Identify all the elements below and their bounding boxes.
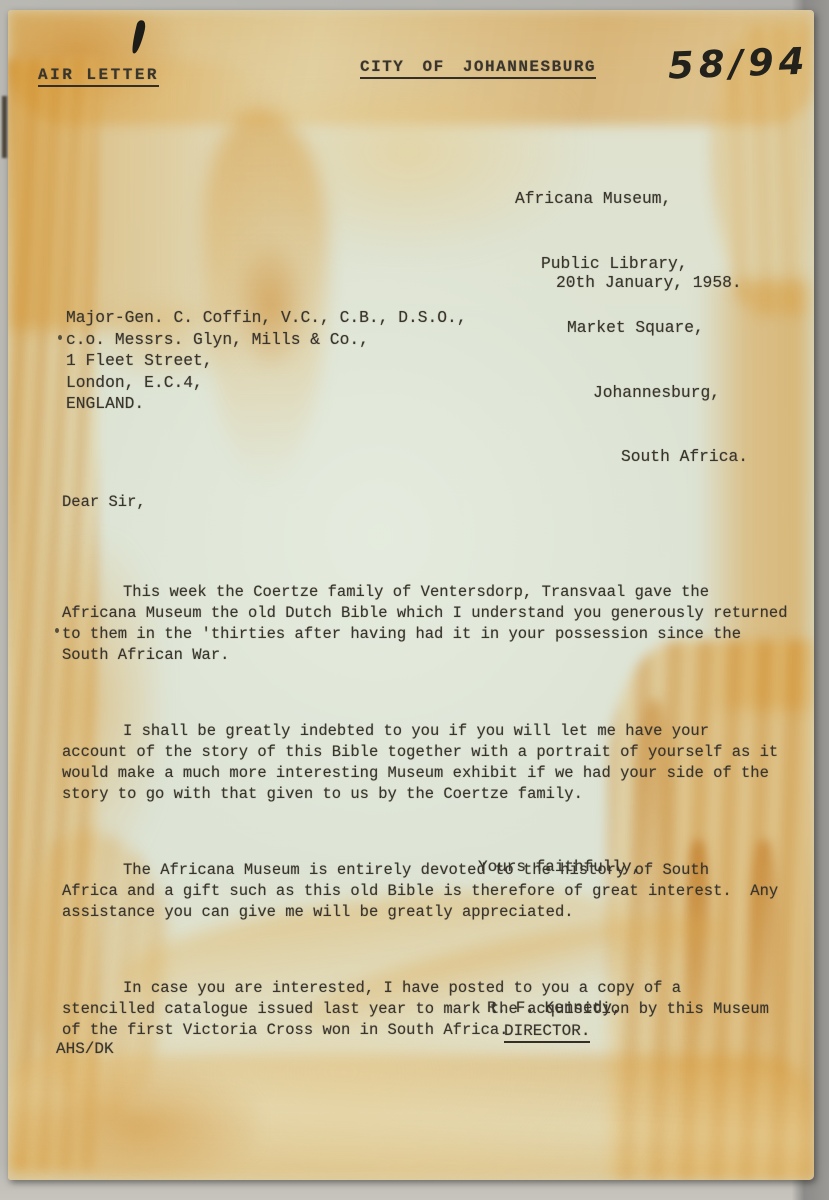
letter-date: 20th January, 1958. <box>556 272 742 294</box>
letter-body: Dear Sir, This week the Coertze family o… <box>62 450 792 1096</box>
signature-title-text: DIRECTOR. <box>504 1022 590 1043</box>
letterhead-text: CITY OF JOHANNESBURG <box>360 58 596 79</box>
sender-address-line: Public Library, <box>541 253 748 275</box>
stain-topleft-corner <box>12 12 182 107</box>
sender-address-line: Market Square, <box>567 317 748 339</box>
signature-title: DIRECTOR. <box>504 1022 590 1040</box>
typist-reference: AHS/DK <box>56 1040 114 1058</box>
sender-address-line: Africana Museum, <box>515 188 748 210</box>
paper-speck <box>55 628 59 633</box>
photo-edge-mark <box>2 96 7 158</box>
body-paragraph-1: This week the Coertze family of Ventersd… <box>62 582 792 666</box>
stain-left-tendril <box>203 110 328 490</box>
closing: Yours faithfully, <box>478 858 641 876</box>
archive-number: 58/94 <box>667 40 810 88</box>
sender-address-line: Johannesburg, <box>593 382 748 404</box>
letterhead-title: CITY OF JOHANNESBURG <box>360 58 596 76</box>
air-letter-label: AIR LETTER <box>38 66 159 84</box>
body-paragraph-2: I shall be greatly indebted to you if yo… <box>62 721 792 805</box>
recipient-address-block: Major-Gen. C. Coffin, V.C., C.B., D.S.O.… <box>66 307 467 415</box>
signature-name: R. F. Kennedy, <box>487 999 621 1017</box>
salutation: Dear Sir, <box>62 492 792 513</box>
paper-speck <box>58 335 62 340</box>
scanned-letter-photo: AIR LETTER CITY OF JOHANNESBURG 58/94 Af… <box>0 0 829 1200</box>
body-paragraph-3: The Africana Museum is entirely devoted … <box>62 860 792 923</box>
air-letter-text: AIR LETTER <box>38 66 159 87</box>
body-paragraph-4: In case you are interested, I have poste… <box>62 978 792 1041</box>
stain-left-top-blob <box>10 60 310 330</box>
